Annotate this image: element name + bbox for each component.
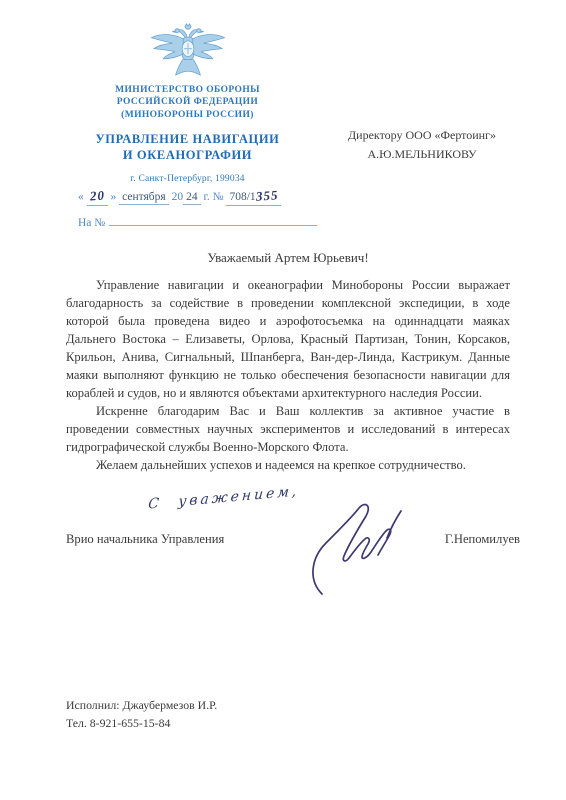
addressee-block: Директору ООО «Фертоинг» А.Ю.МЕЛЬНИКОВУ	[326, 126, 518, 163]
scanned-letter-page: МИНИСТЕРСТВО ОБОРОНЫ РОССИЙСКОЙ ФЕДЕРАЦИ…	[0, 0, 566, 800]
handwritten-signature-icon	[292, 498, 402, 598]
year-prefix: 20	[172, 191, 184, 203]
addressee-name: А.Ю.МЕЛЬНИКОВУ	[326, 145, 518, 164]
ministry-line: (МИНОБОРОНЫ РОССИИ)	[70, 109, 305, 121]
department-name: УПРАВЛЕНИЕ НАВИГАЦИИ И ОКЕАНОГРАФИИ	[70, 132, 305, 163]
number-sign: №	[213, 191, 224, 203]
reference-label: На №	[78, 217, 105, 229]
paragraph: Желаем дальнейших успехов и надеемся на …	[66, 456, 510, 474]
executor-name: Исполнил: Джаубермезов И.Р.	[66, 697, 217, 715]
signer-position-title: Врио начальника Управления	[66, 532, 224, 547]
executor-phone: Тел. 8-921-655-15-84	[66, 715, 217, 733]
letterhead-city: г. Санкт-Петербург, 199034	[70, 174, 305, 184]
typed-year-suffix: 24	[183, 191, 201, 205]
handwritten-regards: С уважением,	[148, 483, 300, 512]
ministry-line: РОССИЙСКОЙ ФЕДЕРАЦИИ	[70, 96, 305, 108]
addressee-title: Директору ООО «Фертоинг»	[326, 126, 518, 145]
reference-blank-underline	[109, 214, 317, 226]
handwritten-outgoing-number: 355	[255, 187, 279, 205]
department-line: И ОКЕАНОГРАФИИ	[70, 148, 305, 164]
handwritten-day: 20	[89, 187, 105, 204]
salutation: Уважаемый Артем Юрьевич!	[66, 250, 510, 266]
mod-double-headed-eagle-icon	[149, 20, 227, 82]
signer-name: Г.Непомилуев	[445, 532, 520, 547]
letterhead: МИНИСТЕРСТВО ОБОРОНЫ РОССИЙСКОЙ ФЕДЕРАЦИ…	[70, 20, 305, 184]
ministry-line: МИНИСТЕРСТВО ОБОРОНЫ	[70, 84, 305, 96]
date-line: « 20 » сентября 2024 г. № 708/1355	[78, 188, 281, 206]
typed-month: сентября	[119, 191, 169, 205]
typed-outgoing-number: 708/1	[229, 191, 255, 203]
executor-block: Исполнил: Джаубермезов И.Р. Тел. 8-921-6…	[66, 697, 217, 732]
paragraph: Управление навигации и океанографии Мино…	[66, 276, 510, 402]
department-line: УПРАВЛЕНИЕ НАВИГАЦИИ	[70, 132, 305, 148]
ministry-name: МИНИСТЕРСТВО ОБОРОНЫ РОССИЙСКОЙ ФЕДЕРАЦИ…	[70, 84, 305, 121]
reference-line: На №	[78, 214, 317, 229]
quote-open: «	[78, 191, 84, 203]
quote-close: »	[111, 191, 117, 203]
letter-body: Управление навигации и океанографии Мино…	[66, 276, 510, 474]
year-label: г.	[203, 191, 209, 203]
paragraph: Искренне благодарим Вас и Ваш коллектив …	[66, 402, 510, 456]
